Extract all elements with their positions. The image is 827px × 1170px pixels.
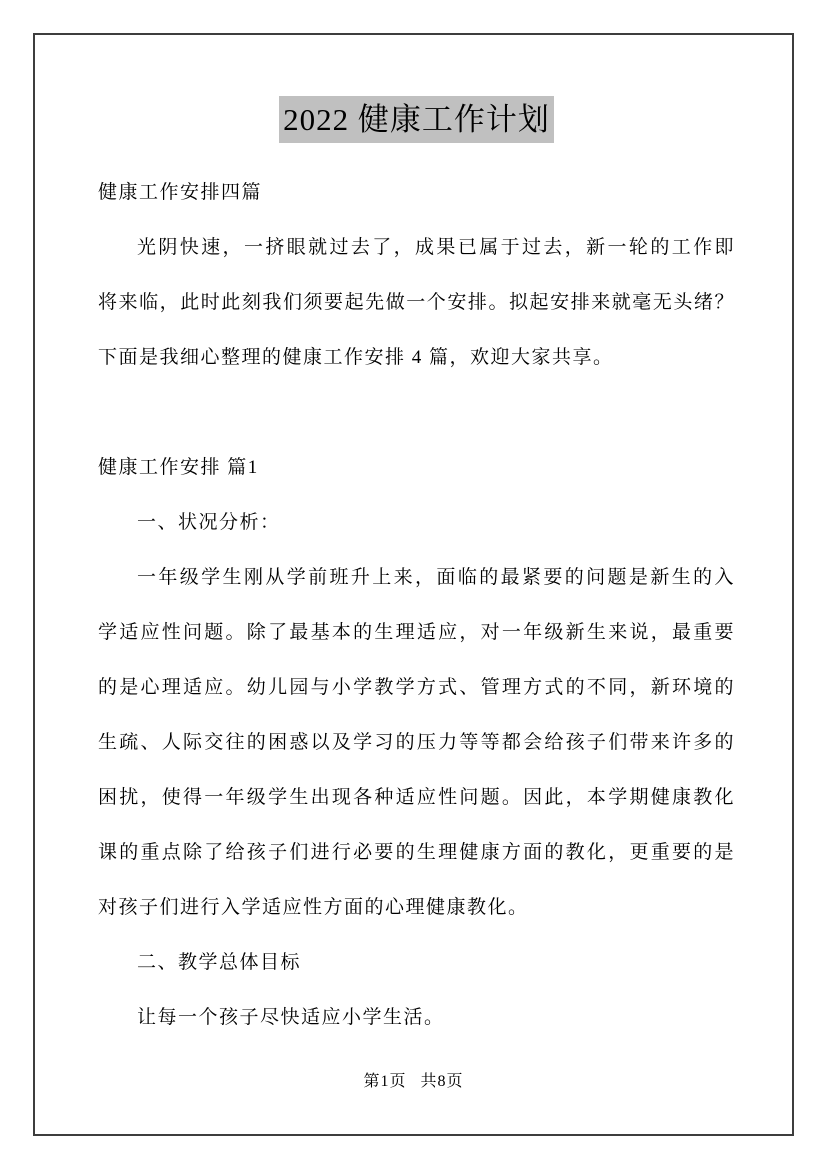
blank-line (98, 385, 735, 440)
text-line: 一、状况分析： (98, 495, 735, 550)
page-number: 第1页 (363, 1070, 406, 1094)
text-line: 光阴快速，一挤眼就过去了，成果已属于过去，新一轮的工作即 (98, 220, 735, 275)
text-line: 困扰，使得一年级学生出现各种适应性问题。因此，本学期健康教化 (98, 770, 735, 825)
section-heading: 健康工作安排 篇1 (98, 440, 735, 495)
text-line: 学适应性问题。除了最基本的生理适应，对一年级新生来说，最重要 (98, 605, 735, 660)
text-line: 对孩子们进行入学适应性方面的心理健康教化。 (98, 880, 735, 935)
text-line: 将来临，此时此刻我们须要起先做一个安排。拟起安排来就毫无头绪？ (98, 275, 735, 330)
text-line: 让每一个孩子尽快适应小学生活。 (98, 990, 735, 1045)
document-body: 健康工作安排四篇 光阴快速，一挤眼就过去了，成果已属于过去，新一轮的工作即 将来… (98, 165, 735, 1045)
text-line: 的是心理适应。幼儿园与小学教学方式、管理方式的不同，新环境的 (98, 660, 735, 715)
text-line: 一年级学生刚从学前班升上来，面临的最紧要的问题是新生的入 (98, 550, 735, 605)
document-page: 2022 健康工作计划 健康工作安排四篇 光阴快速，一挤眼就过去了，成果已属于过… (0, 0, 827, 1170)
section-subheading: 二、教学总体目标 (98, 935, 735, 990)
text-line: 生疏、人际交往的困惑以及学习的压力等等都会给孩子们带来许多的 (98, 715, 735, 770)
text-line: 下面是我细心整理的健康工作安排 4 篇，欢迎大家共享。 (98, 330, 735, 385)
page-footer: 第1页共8页 (0, 1070, 827, 1094)
document-title: 2022 健康工作计划 (279, 96, 554, 143)
text-line: 健康工作安排四篇 (98, 165, 735, 220)
document-title-row: 2022 健康工作计划 (98, 96, 735, 143)
total-pages: 共8页 (421, 1070, 464, 1094)
text-line: 课的重点除了给孩子们进行必要的生理健康方面的教化，更重要的是 (98, 825, 735, 880)
